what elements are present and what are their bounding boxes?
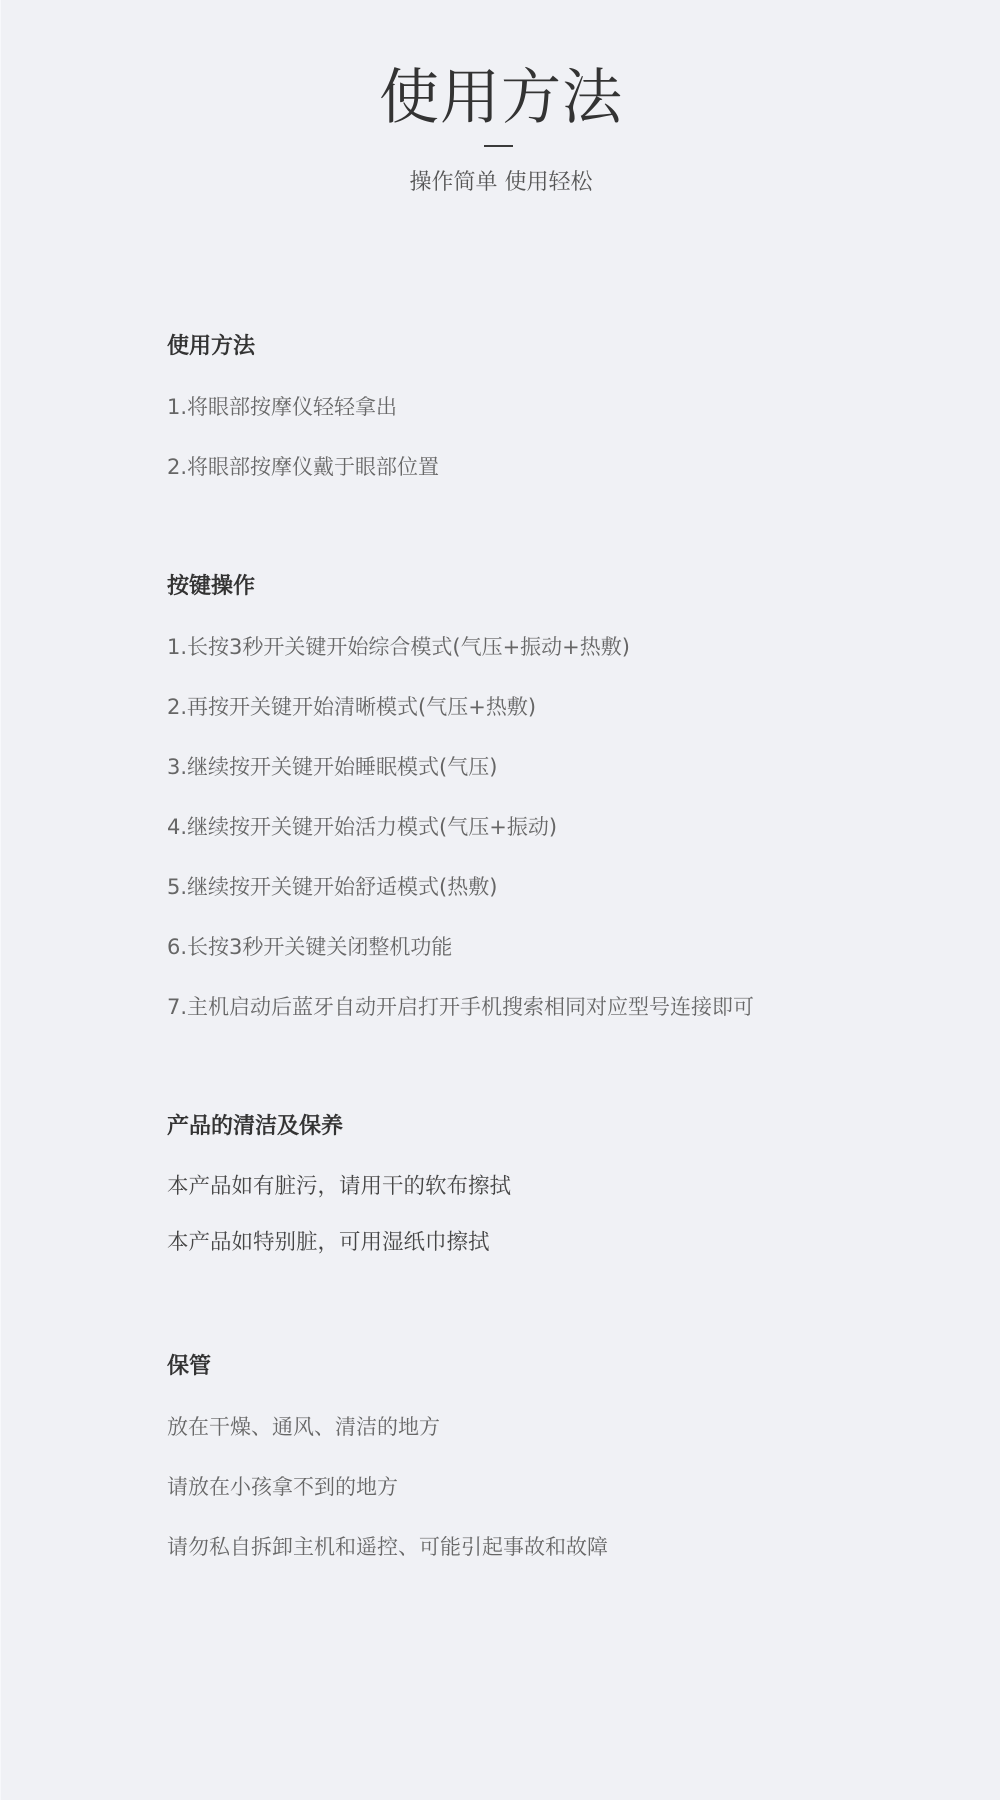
- page-title: 使用方法: [1, 62, 1000, 134]
- title-divider: [484, 145, 513, 147]
- list-item: 4.继续按开关键开始活力模式(气压+振动): [167, 812, 557, 842]
- list-item: 1.长按3秒开关键开始综合模式(气压+振动+热敷): [167, 632, 630, 662]
- list-item: 本产品如有脏污，请用干的软布擦拭: [167, 1172, 511, 1202]
- list-item: 2.再按开关键开始清晰模式(气压+热敷): [167, 692, 536, 722]
- list-item: 5.继续按开关键开始舒适模式(热敷): [167, 872, 497, 902]
- section-heading: 使用方法: [167, 332, 255, 362]
- list-item: 1.将眼部按摩仪轻轻拿出: [167, 392, 397, 422]
- section-heading: 产品的清洁及保养: [167, 1112, 343, 1142]
- list-item: 3.继续按开关键开始睡眠模式(气压): [167, 752, 497, 782]
- list-item: 请勿私自拆卸主机和遥控、可能引起事故和故障: [167, 1532, 608, 1562]
- section-heading: 保管: [167, 1352, 211, 1382]
- list-item: 2.将眼部按摩仪戴于眼部位置: [167, 452, 439, 482]
- list-item: 6.长按3秒开关键关闭整机功能: [167, 932, 452, 962]
- list-item: 放在干燥、通风、清洁的地方: [167, 1412, 440, 1442]
- list-item: 7.主机启动后蓝牙自动开启打开手机搜索相同对应型号连接即可: [167, 992, 754, 1022]
- section-heading: 按键操作: [167, 572, 255, 602]
- page-subtitle: 操作简单 使用轻松: [1, 168, 1000, 198]
- list-item: 本产品如特别脏，可用湿纸巾擦拭: [167, 1228, 490, 1258]
- list-item: 请放在小孩拿不到的地方: [167, 1472, 398, 1502]
